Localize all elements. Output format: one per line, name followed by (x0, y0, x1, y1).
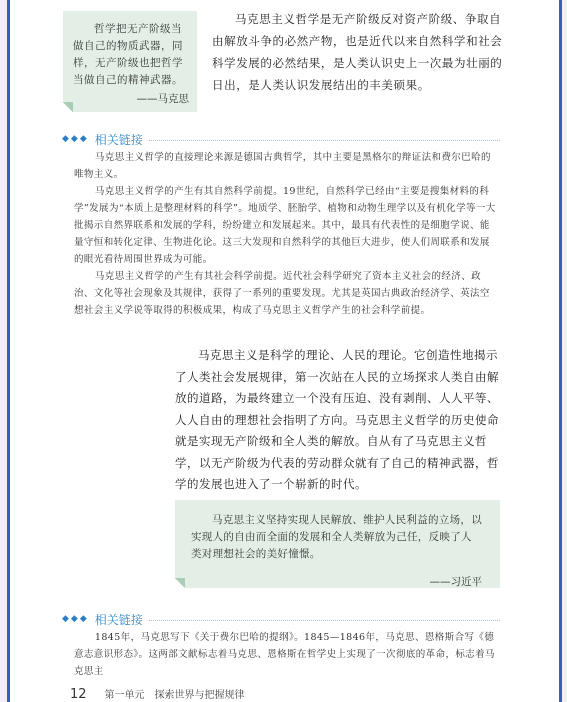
page-footer: 12 第一单元 探索世界与把握规律 (70, 686, 245, 702)
diamond-bullets-icon: ◆◆◆ (62, 134, 89, 144)
quote-author: ——马克思 (73, 91, 189, 108)
related-link-paragraph: 马克思主义哲学的产生有其社会科学前提。近代社会科学研究了资本主义社会的经济、政治… (74, 268, 497, 319)
related-link-title: 相关链接 (95, 131, 143, 148)
quote-box-marx: 哲学把无产阶级当做自己的物质武器，同样，无产阶级也把哲学当做自己的精神武器。 —… (63, 11, 197, 112)
paragraph-text: 马克思主义哲学是无产阶级反对资产阶级、争取自由解放斗争的必然产物，也是近代以来自… (212, 8, 512, 96)
page-fold-icon (63, 102, 73, 112)
quote-text: 哲学把无产阶级当做自己的物质武器，同样，无产阶级也把哲学当做自己的精神武器。 (73, 21, 189, 89)
related-link-body-1: 马克思主义哲学的直接理论来源是德国古典哲学，其中主要是黑格尔的辩证法和费尔巴哈的… (74, 149, 497, 319)
dotted-divider (149, 140, 500, 141)
unit-title: 探索世界与把握规律 (155, 686, 245, 701)
related-link-paragraph: 马克思主义哲学的产生有其自然科学前提。19世纪，自然科学已经由“主要是搜集材料的… (74, 183, 497, 268)
page-number: 12 (70, 687, 87, 702)
related-link-paragraph: 马克思主义哲学的直接理论来源是德国古典哲学，其中主要是黑格尔的辩证法和费尔巴哈的… (74, 149, 497, 183)
unit-label: 第一单元 (105, 686, 145, 701)
quote-text: 马克思主义坚持实现人民解放、维护人民利益的立场，以实现人的自由而全面的发展和全人… (191, 512, 482, 563)
page-edge-right (562, 0, 567, 702)
related-link-title: 相关链接 (95, 611, 143, 628)
dotted-divider (149, 620, 500, 621)
related-link-body-2: 1845年，马克思写下《关于费尔巴哈的提纲》。1845—1846年，马克思、恩格… (74, 629, 497, 680)
page-edge-left (0, 0, 7, 702)
page-border-left (7, 0, 10, 702)
body-paragraph-2: 马克思主义是科学的理论、人民的理论。它创造性地揭示了人类社会发展规律，第一次站在… (175, 345, 500, 496)
related-link-header-2: ◆◆◆ 相关链接 (62, 611, 500, 627)
quote-author: ——习近平 (191, 574, 482, 589)
page-fold-icon (175, 578, 185, 588)
diamond-bullets-icon: ◆◆◆ (62, 614, 89, 624)
related-link-header-1: ◆◆◆ 相关链接 (62, 131, 500, 147)
related-link-paragraph: 1845年，马克思写下《关于费尔巴哈的提纲》。1845—1846年，马克思、恩格… (74, 629, 497, 680)
paragraph-text: 马克思主义是科学的理论、人民的理论。它创造性地揭示了人类社会发展规律，第一次站在… (175, 345, 500, 496)
body-paragraph-1: 马克思主义哲学是无产阶级反对资产阶级、争取自由解放斗争的必然产物，也是近代以来自… (212, 8, 512, 96)
quote-box-xi: 马克思主义坚持实现人民解放、维护人民利益的立场，以实现人的自由而全面的发展和全人… (175, 500, 500, 588)
